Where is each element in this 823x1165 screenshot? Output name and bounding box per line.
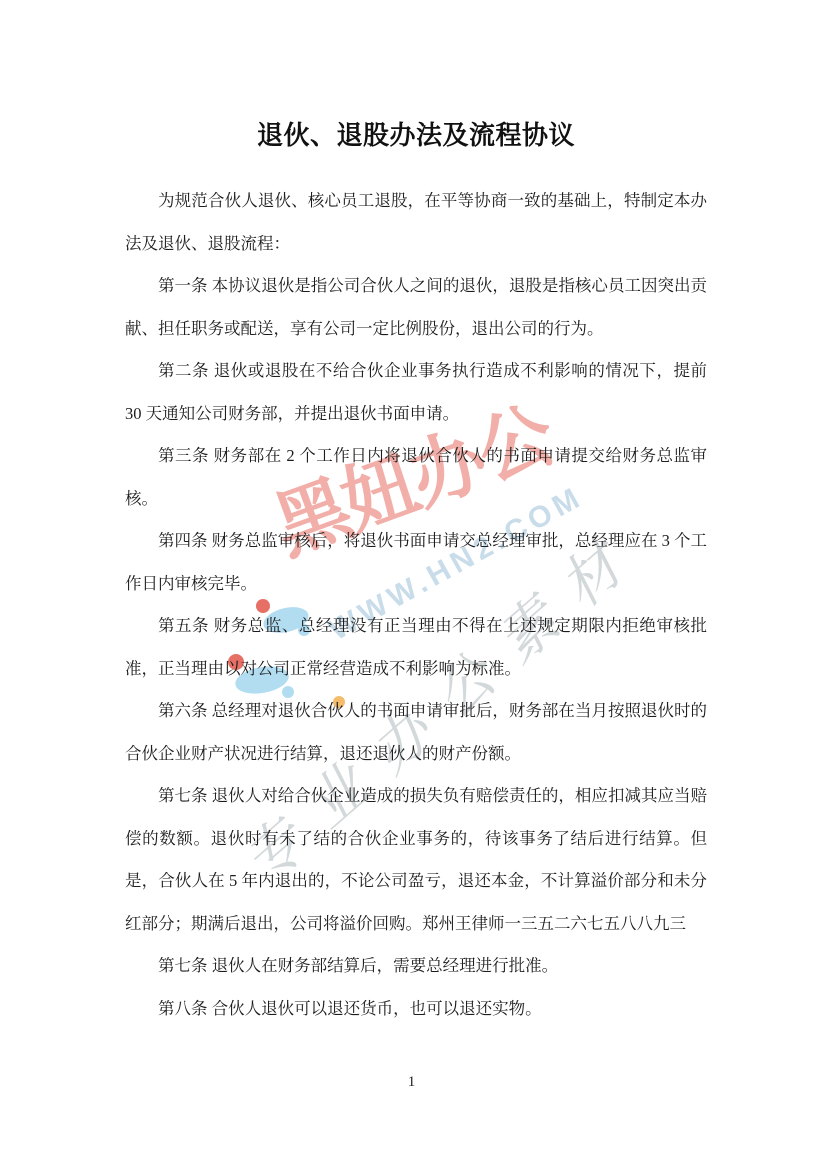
clause-2: 第二条 退伙或退股在不给合伙企业事务执行造成不利影响的情况下，提前 30 天通知…: [125, 350, 707, 435]
paragraph-intro: 为规范合伙人退伙、核心员工退股，在平等协商一致的基础上，特制定本办法及退伙、退股…: [125, 180, 707, 265]
clause-8: 第八条 合伙人退伙可以退还货币，也可以退还实物。: [125, 988, 707, 1031]
page-number: 1: [0, 1074, 823, 1091]
document-page: 退伙、退股办法及流程协议 为规范合伙人退伙、核心员工退股，在平等协商一致的基础上…: [125, 0, 707, 1030]
document-body: 为规范合伙人退伙、核心员工退股，在平等协商一致的基础上，特制定本办法及退伙、退股…: [125, 180, 707, 1030]
clause-6: 第六条 总经理对退伙合伙人的书面申请审批后，财务部在当月按照退伙时的合伙企业财产…: [125, 690, 707, 775]
clause-1: 第一条 本协议退伙是指公司合伙人之间的退伙，退股是指核心员工因突出贡献、担任职务…: [125, 265, 707, 350]
clause-3: 第三条 财务部在 2 个工作日内将退伙合伙人的书面申请提交给财务总监审核。: [125, 435, 707, 520]
clause-4: 第四条 财务总监审核后，将退伙书面申请交总经理审批，总经理应在 3 个工作日内审…: [125, 520, 707, 605]
clause-7b: 第七条 退伙人在财务部结算后，需要总经理进行批准。: [125, 945, 707, 988]
clause-7: 第七条 退伙人对给合伙企业造成的损失负有赔偿责任的，相应扣减其应当赔偿的数额。退…: [125, 775, 707, 945]
clause-5: 第五条 财务总监、总经理没有正当理由不得在上述规定期限内拒绝审核批准，正当理由以…: [125, 605, 707, 690]
document-title: 退伙、退股办法及流程协议: [125, 112, 707, 160]
